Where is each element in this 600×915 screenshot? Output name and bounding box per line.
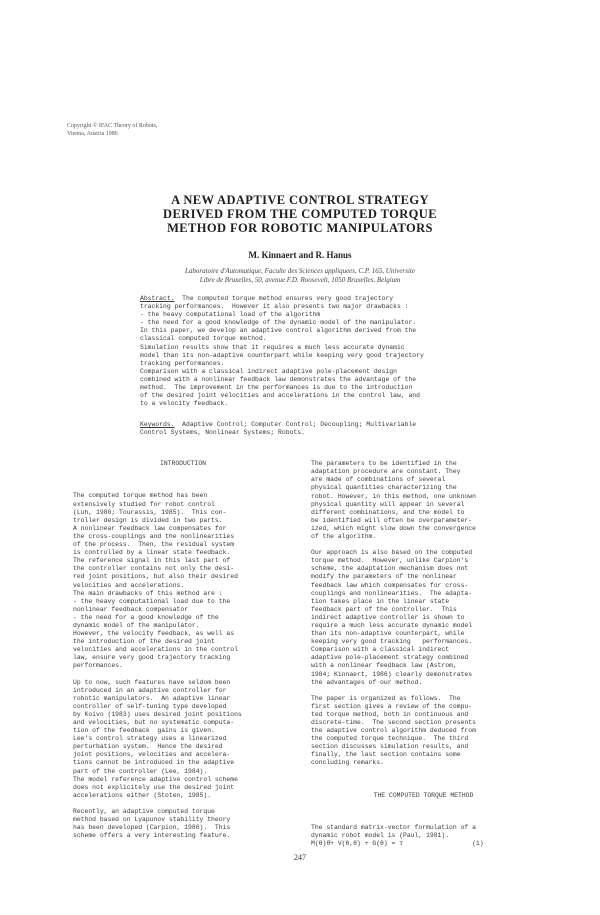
keywords-body: Adaptive Control; Computer Control; Deco… [140, 421, 416, 436]
keywords-label: Keywords. [140, 421, 175, 428]
paragraph: The paper is organized as follows. The f… [311, 695, 536, 768]
copyright-line: Vienna, Austria 1986 [67, 130, 157, 138]
affiliation-line: Libre de Bruxelles, 50, avenue F.D. Roos… [0, 276, 600, 285]
keywords: Keywords. Adaptive Control; Computer Con… [140, 421, 540, 437]
section-heading-computed-torque: THE COMPUTED TORQUE METHOD [311, 792, 536, 800]
affiliation: Laboratoire d'Automatique, Faculte des S… [0, 267, 600, 285]
abstract-body: The computed torque method ensures very … [140, 295, 424, 407]
abstract-label: Abstract. [140, 295, 175, 302]
authors: M. Kinnaert and R. Hanus [0, 250, 600, 260]
right-column-paragraphs: The parameters to be identified in the a… [311, 460, 536, 767]
page-number: 247 [0, 853, 600, 862]
abstract: Abstract. The computed torque method ens… [140, 295, 540, 408]
affiliation-line: Laboratoire d'Automatique, Faculte des S… [0, 267, 600, 276]
copyright-notice: Copyright © IFAC Theory of Robots, Vienn… [67, 122, 157, 138]
paragraph: The standard matrix-vector formulation o… [311, 824, 536, 848]
paragraph: The computed torque method has been exte… [73, 492, 293, 670]
paragraph: Our approach is also based on the comput… [311, 549, 536, 687]
right-column: The parameters to be identified in the a… [311, 444, 536, 864]
paper-title: A NEW ADAPTIVE CONTROL STRATEGY DERIVED … [0, 193, 600, 235]
copyright-line: Copyright © IFAC Theory of Robots, [67, 122, 157, 130]
paragraph: The parameters to be identified in the a… [311, 460, 536, 541]
title-line: DERIVED FROM THE COMPUTED TORQUE [0, 207, 600, 221]
title-line: METHOD FOR ROBOTIC MANIPULATORS [0, 221, 600, 235]
section-paragraph: The standard matrix-vector formulation o… [311, 824, 536, 848]
paragraph: Up to now, such features have seldom bee… [73, 679, 293, 800]
left-column-paragraphs: The computed torque method has been exte… [73, 492, 293, 840]
left-column: INTRODUCTION The computed torque method … [73, 444, 293, 856]
paragraph: Recently, an adaptive computed torque me… [73, 808, 293, 840]
section-heading-introduction: INTRODUCTION [73, 460, 293, 468]
title-line: A NEW ADAPTIVE CONTROL STRATEGY [0, 193, 600, 207]
